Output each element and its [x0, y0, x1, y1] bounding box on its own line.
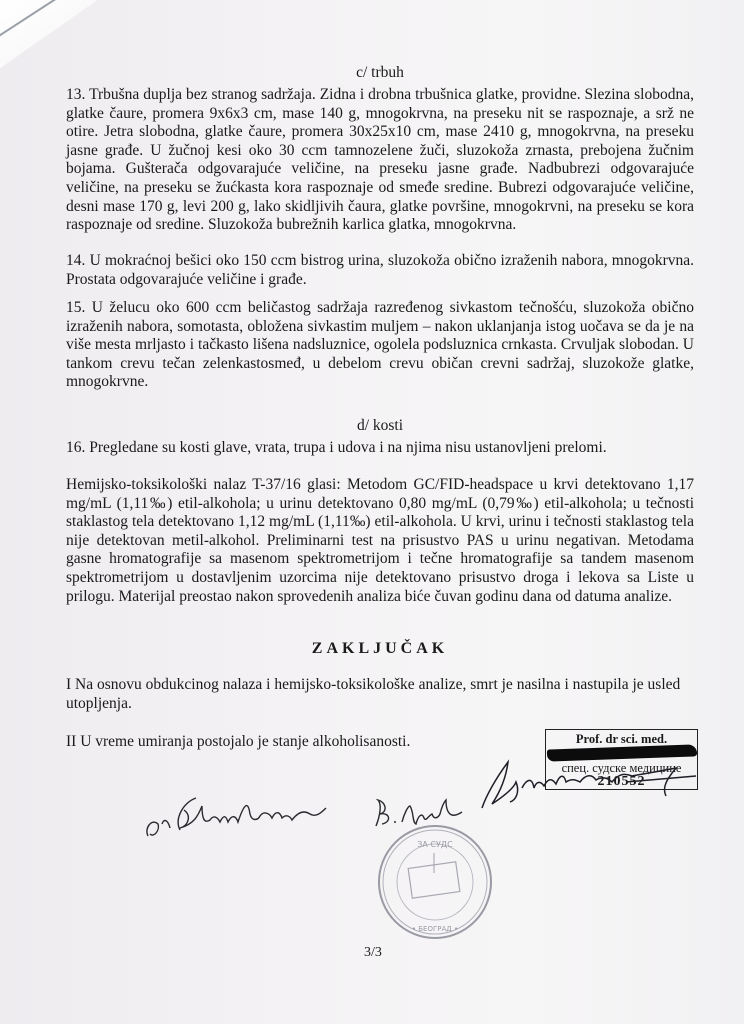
- conclusion-heading: ZAKLJUČAK: [66, 640, 694, 658]
- toxicology-finding: Hemijsko-toksikološki nalaz T-37/16 glas…: [66, 476, 694, 606]
- stamp-title: Prof. dr sci. med.: [546, 732, 697, 746]
- conclusion-item-1: I Na osnovu obdukcinog nalaza i hemijsko…: [66, 676, 686, 713]
- svg-text:ЗА СУДС: ЗА СУДС: [417, 840, 453, 849]
- paragraph-13: 13. Trbušna duplja bez stranog sadržaja.…: [66, 86, 694, 235]
- page-number: 3/3: [364, 945, 382, 961]
- paragraph-16: 16. Pregledane su kosti glave, vrata, tr…: [66, 439, 694, 458]
- signature-3: [476, 752, 706, 812]
- svg-text:• БЕОГРАД •: • БЕОГРАД •: [412, 925, 458, 933]
- institute-seal: • БЕОГРАД • ЗА СУДС: [376, 823, 494, 941]
- signature-1: [140, 788, 360, 848]
- paragraph-15: 15. U želucu oko 600 ccm beličastog sadr…: [66, 299, 694, 392]
- section-heading-abdomen: c/ trbuh: [66, 64, 694, 82]
- section-heading-bones: d/ kosti: [66, 417, 694, 435]
- paragraph-14: 14. U mokraćnoj bešici oko 150 ccm bistr…: [66, 252, 694, 289]
